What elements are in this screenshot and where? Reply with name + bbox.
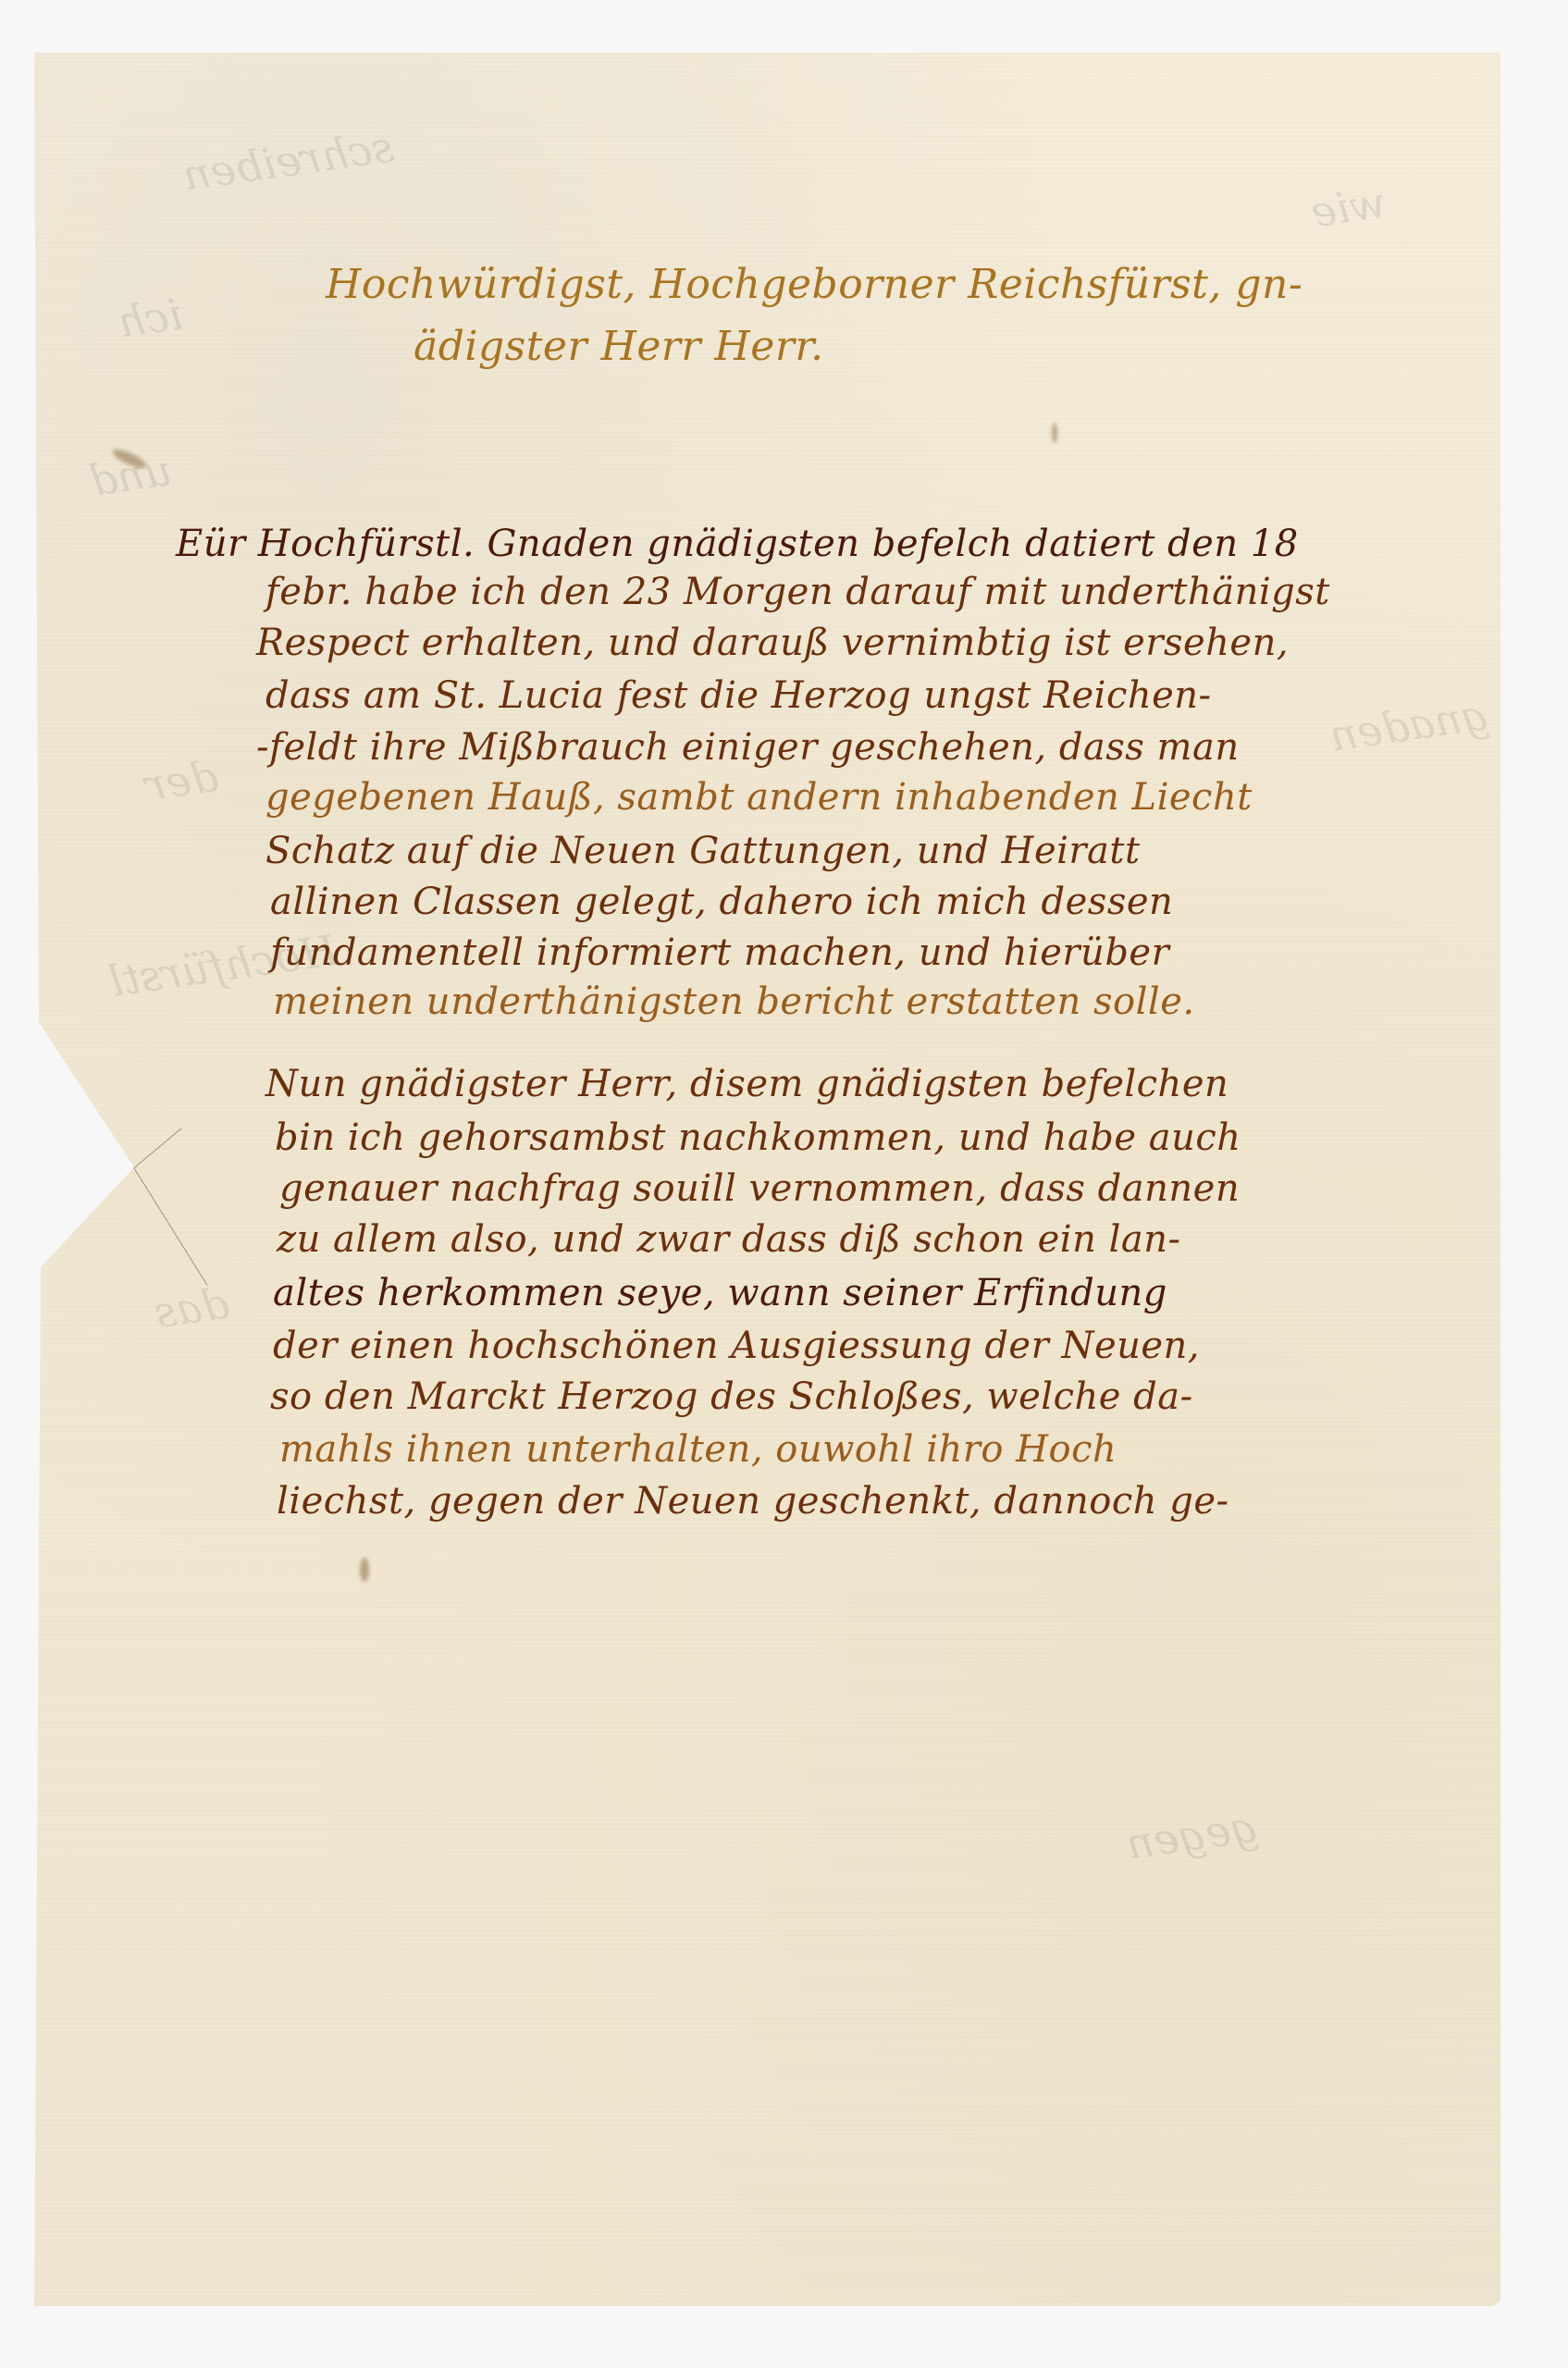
- paragraph-1-line-4: dass am St. Lucia fest die Herzog ungst …: [265, 674, 1212, 717]
- paragraph-2-line-7: so den Marckt Herzog des Schloßes, welch…: [270, 1375, 1193, 1418]
- bleed-through-text: wie: [1308, 178, 1389, 238]
- salutation-line-2: ädigster Herr Herr.: [414, 323, 824, 370]
- paragraph-2-line-4: zu allem also, und zwar dass diß schon e…: [277, 1218, 1180, 1261]
- ink-stain: [360, 1558, 369, 1582]
- paragraph-1-line-5: -feldt ihre Mißbrauch einiger geschehen,…: [256, 726, 1240, 769]
- paragraph-2-line-6: der einen hochschönen Ausgiessung der Ne…: [273, 1325, 1200, 1367]
- paragraph-2-line-8: mahls ihnen unterhalten, ouwohl ihro Hoc…: [279, 1428, 1117, 1471]
- paragraph-2-line-9: liechst, gegen der Neuen geschenkt, dann…: [277, 1480, 1229, 1523]
- fold-crease: [133, 1167, 207, 1286]
- paragraph-1-line-2: febr. habe ich den 23 Morgen darauf mit …: [265, 571, 1330, 613]
- paragraph-1-line-10: meinen underthänigsten bericht erstatten…: [273, 980, 1195, 1023]
- paragraph-1-line-8: allinen Classen gelegt, dahero ich mich …: [270, 881, 1173, 923]
- letter-page: schreiben ich und der Hochfürstl das geg…: [34, 53, 1500, 2306]
- bleed-through-text: das: [152, 1278, 232, 1338]
- paragraph-2-line-1: Nun gnädigster Herr, disem gnädigsten be…: [265, 1063, 1228, 1105]
- paragraph-2-line-5: altes herkommen seye, wann seiner Erfind…: [273, 1272, 1167, 1314]
- paragraph-2-line-2: bin ich gehorsambst nachkommen, und habe…: [275, 1116, 1241, 1159]
- salutation-line-1: Hochwürdigst, Hochgeborner Reichsfürst, …: [326, 261, 1303, 308]
- ink-stain: [1052, 423, 1057, 443]
- paragraph-1-line-3: Respect erhalten, und darauß vernimbtig …: [256, 622, 1289, 664]
- bleed-through-text: der: [142, 751, 221, 810]
- bleed-through-text: ich: [115, 289, 186, 347]
- bleed-through-text: gegen: [1123, 1801, 1261, 1868]
- ink-stain: [110, 446, 148, 472]
- paragraph-1-line-7: Schatz auf die Neuen Gattungen, und Heir…: [265, 830, 1141, 872]
- fold-crease: [134, 1128, 181, 1168]
- paragraph-2-line-3: genauer nachfrag souill vernommen, dass …: [279, 1167, 1240, 1210]
- paragraph-1-line-1: Eür Hochfürstl. Gnaden gnädigsten befelc…: [176, 523, 1299, 565]
- bleed-through-text: gnaden: [1327, 689, 1492, 761]
- paragraph-1-line-9: fundamentell informiert machen, und hier…: [270, 931, 1169, 974]
- bleed-through-text: schreiben: [179, 121, 397, 200]
- paragraph-1-line-6: gegebenen Hauß, sambt andern inhabenden …: [265, 776, 1253, 819]
